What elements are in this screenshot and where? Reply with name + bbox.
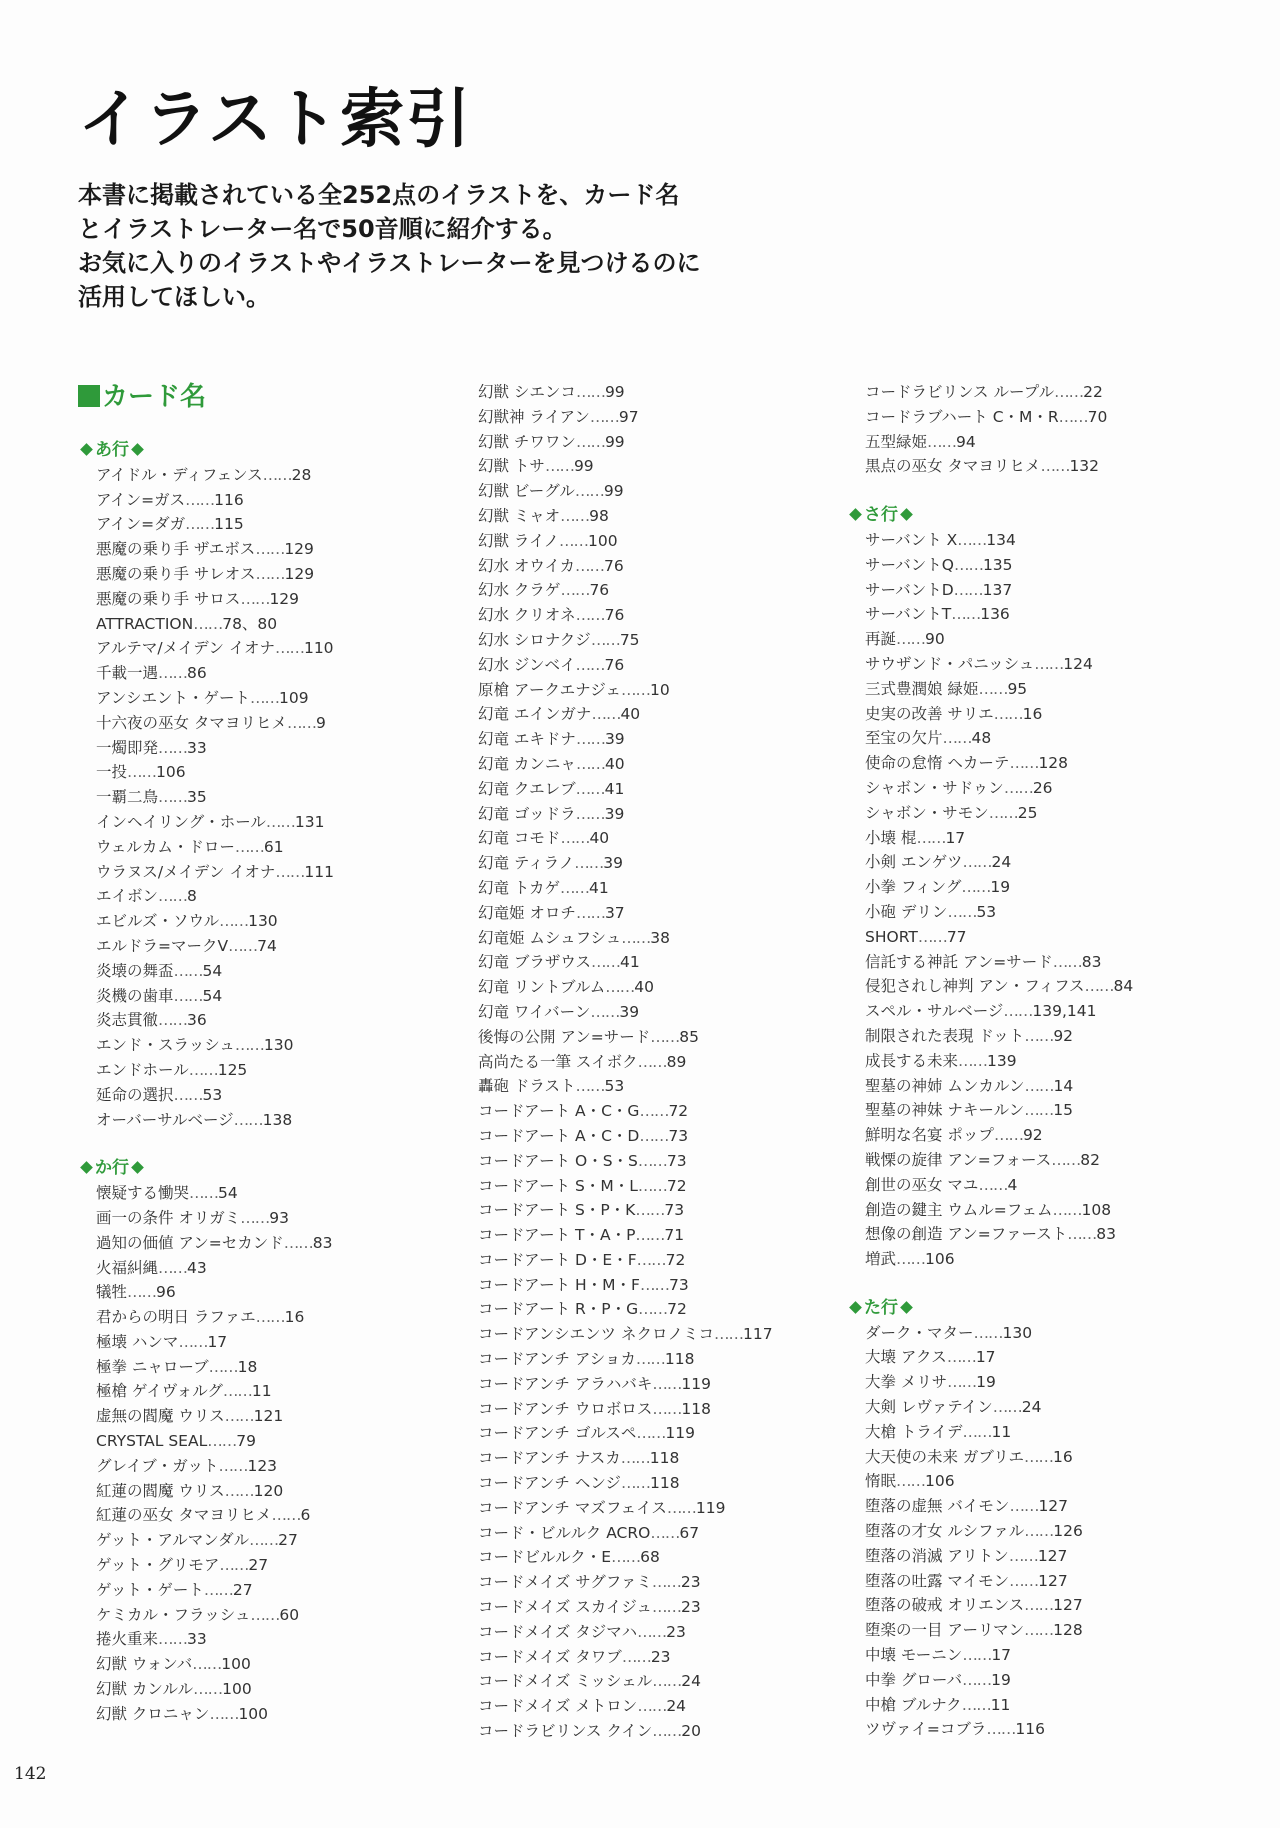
entry-card-name: 中壊 モーニン [865, 1646, 962, 1664]
index-entry: 幻獣 カンルル……100 [96, 1677, 438, 1702]
entry-card-name: コードアート S・P・K [478, 1201, 635, 1219]
dot-leader: …… [1025, 1077, 1054, 1095]
dot-leader: …… [652, 1573, 681, 1591]
entry-page-number: 53 [604, 1077, 624, 1095]
index-column-2: 幻獣 シエンコ……99幻獣神 ライアン……97幻獣 チワワン……99幻獣 トサ…… [478, 380, 838, 1768]
entry-page-number: 41 [605, 780, 625, 798]
page-number: 142 [14, 1764, 46, 1784]
entry-page-number: 16 [1053, 1448, 1073, 1466]
entry-card-name: 悪魔の乗り手 サレオス [96, 565, 255, 583]
entry-list: 幻獣 シエンコ……99幻獣神 ライアン……97幻獣 チワワン……99幻獣 トサ…… [478, 380, 838, 1744]
entry-card-name: コードアンチ ナスカ [478, 1449, 621, 1467]
dot-leader: …… [575, 557, 604, 575]
dot-leader: …… [638, 1152, 667, 1170]
index-entry: コードアート A・C・D……73 [478, 1124, 838, 1149]
dot-leader: …… [962, 1696, 991, 1714]
dot-leader: …… [192, 1655, 221, 1673]
dot-leader: …… [1067, 1225, 1096, 1243]
dot-leader: …… [621, 1474, 650, 1492]
dot-leader: …… [255, 540, 284, 558]
entry-card-name: コードメイズ ミッシェル [478, 1672, 652, 1690]
index-entry: 中壊 モーニン……17 [865, 1643, 1207, 1668]
entry-card-name: サーバントT [865, 605, 951, 623]
entry-page-number: 48 [972, 729, 992, 747]
dot-leader: …… [637, 1697, 666, 1715]
entry-page-number: 84 [1113, 977, 1133, 995]
dot-leader: …… [263, 466, 292, 484]
dot-leader: …… [207, 1432, 236, 1450]
index-entry: グレイブ・ガット……123 [96, 1454, 438, 1479]
dot-leader: …… [284, 1234, 313, 1252]
index-entry: 懐疑する慟哭……54 [96, 1181, 438, 1206]
index-entry: 火福糾縄……43 [96, 1256, 438, 1281]
index-entry: コードメイズ スカイジュ……23 [478, 1595, 838, 1620]
entry-card-name: コードアート O・S・S [478, 1152, 638, 1170]
entry-card-name: コードメイズ スカイジュ [478, 1598, 652, 1616]
group-ka-row-continued: 幻獣 シエンコ……99幻獣神 ライアン……97幻獣 チワワン……99幻獣 トサ…… [478, 380, 838, 1744]
index-entry: 炎機の歯車……54 [96, 984, 438, 1009]
index-entry: コードアンチ ウロボロス……118 [478, 1397, 838, 1422]
dot-leader: …… [1004, 779, 1033, 797]
index-entry: ツヴァイ=コブラ……116 [865, 1717, 1207, 1742]
entry-card-name: シャボン・サモン [865, 804, 989, 822]
entry-card-name: 紅蓮の閻魔 ウリス [96, 1482, 225, 1500]
index-entry: 大剣 レヴァテイン……24 [865, 1395, 1207, 1420]
dot-leader: …… [158, 1259, 187, 1277]
index-entry: 画一の条件 オリガミ……93 [96, 1206, 438, 1231]
dot-leader: …… [989, 804, 1018, 822]
index-entry: 幻竜 ゴッドラ……39 [478, 802, 838, 827]
index-entry: コードアンチ ゴルスペ……119 [478, 1421, 838, 1446]
dot-leader: …… [225, 1482, 254, 1500]
dot-leader: …… [209, 1358, 238, 1376]
entry-card-name: 信託する神託 アン=サード [865, 953, 1053, 971]
entry-card-name: 幻獣神 ライアン [478, 408, 590, 426]
entry-page-number: 14 [1054, 1077, 1074, 1095]
dot-leader: …… [185, 491, 214, 509]
entry-card-name: 幻獣 トサ [478, 457, 545, 475]
entry-card-name: 幻水 オウイカ [478, 557, 575, 575]
entry-card-name: 堕落の虚無 バイモン [865, 1497, 1009, 1515]
entry-card-name: 幻獣 クロニャン [96, 1705, 209, 1723]
entry-page-number: 128 [1053, 1621, 1083, 1639]
dot-leader: …… [185, 515, 214, 533]
entry-page-number: 23 [666, 1623, 686, 1641]
entry-page-number: 72 [666, 1251, 686, 1269]
entry-page-number: 98 [589, 507, 609, 525]
entry-page-number: 132 [1069, 457, 1099, 475]
dot-leader: …… [235, 1036, 264, 1054]
entry-card-name: 大壊 アクス [865, 1348, 947, 1366]
dot-leader: …… [1034, 655, 1063, 673]
entry-page-number: 77 [947, 928, 967, 946]
entry-page-number: 130 [264, 1036, 294, 1054]
entry-card-name: 幻竜 ティラノ [478, 854, 574, 872]
entry-card-name: 幻獣 ウォンバ [96, 1655, 192, 1673]
index-entry: コードアンシエンツ ネクロノミコ……117 [478, 1322, 838, 1347]
index-entry: 史実の改善 サリエ……16 [865, 702, 1207, 727]
entry-card-name: 大剣 レヴァテイン [865, 1398, 993, 1416]
entry-page-number: 115 [214, 515, 244, 533]
entry-card-name: 悪魔の乗り手 サロス [96, 590, 240, 608]
entry-card-name: シャボン・サドゥン [865, 779, 1004, 797]
diamond-icon [849, 508, 862, 521]
index-entry: 幻水 クリオネ……76 [478, 603, 838, 628]
dot-leader: …… [250, 1606, 279, 1624]
dot-leader: …… [560, 829, 589, 847]
dot-leader: …… [962, 1671, 991, 1689]
entry-page-number: 28 [292, 466, 312, 484]
entry-page-number: 94 [956, 433, 976, 451]
dot-leader: …… [639, 1102, 668, 1120]
dot-leader: …… [234, 1111, 263, 1129]
index-entry: 幻竜 エインガナ……40 [478, 702, 838, 727]
index-entry: シャボン・サモン……25 [865, 801, 1207, 826]
entry-page-number: 100 [221, 1655, 251, 1673]
entry-card-name: 極拳 ニャローブ [96, 1358, 209, 1376]
entry-card-name: 再誕 [865, 630, 896, 648]
entry-page-number: 136 [980, 605, 1010, 623]
entry-page-number: 100 [588, 532, 618, 550]
dot-leader: …… [962, 1423, 991, 1441]
dot-leader: …… [575, 482, 604, 500]
dot-leader: …… [896, 1472, 925, 1490]
entry-page-number: 22 [1083, 383, 1103, 401]
dot-leader: …… [1009, 1547, 1038, 1565]
dot-leader: …… [1051, 1151, 1080, 1169]
dot-leader: …… [605, 978, 634, 996]
entry-card-name: サウザンド・パニッシュ [865, 655, 1034, 673]
dot-leader: …… [652, 1672, 681, 1690]
index-entry: 幻獣 ライノ……100 [478, 529, 838, 554]
dot-leader: …… [954, 581, 983, 599]
entry-card-name: 幻獣 シエンコ [478, 383, 576, 401]
entry-card-name: 幻竜 トカゲ [478, 879, 560, 897]
entry-page-number: 97 [619, 408, 639, 426]
entry-card-name: ツヴァイ=コブラ [865, 1720, 986, 1738]
entry-page-number: 60 [279, 1606, 299, 1624]
index-entry: 幻獣 シエンコ……99 [478, 380, 838, 405]
index-entry: 幻獣 ウォンバ……100 [96, 1652, 438, 1677]
index-entry: シャボン・サドゥン……26 [865, 776, 1207, 801]
entry-card-name: 戦慄の旋律 アン=フォース [865, 1151, 1051, 1169]
index-entry: 黒点の巫女 タマヨリヒメ……132 [865, 454, 1207, 479]
index-entry: 過知の価値 アン=セカンド……83 [96, 1231, 438, 1256]
index-entry: 幻竜姫 オロチ……37 [478, 901, 838, 926]
entry-page-number: 99 [605, 433, 625, 451]
index-entry: 幻竜姫 ムシュフシュ……38 [478, 926, 838, 951]
index-entry: 一燭即発……33 [96, 736, 438, 761]
entry-card-name: アイン=ダガ [96, 515, 185, 533]
dot-leader: …… [1009, 1572, 1038, 1590]
entry-page-number: 27 [248, 1556, 268, 1574]
dot-leader: …… [590, 408, 619, 426]
dot-leader: …… [650, 1524, 679, 1542]
entry-page-number: 119 [665, 1424, 695, 1442]
group-heading-sa: さ行 [847, 503, 1207, 528]
dot-leader: …… [1024, 1448, 1053, 1466]
entry-card-name: 史実の改善 サリエ [865, 705, 994, 723]
entry-card-name: コードメイズ サグファミ [478, 1573, 652, 1591]
index-entry: コードアート S・P・K……73 [478, 1198, 838, 1223]
dot-leader: …… [927, 433, 956, 451]
entry-card-name: 火福糾縄 [96, 1259, 158, 1277]
dot-leader: …… [954, 556, 983, 574]
index-entry: 炎壊の舞盃……54 [96, 959, 438, 984]
entry-page-number: 82 [1080, 1151, 1100, 1169]
entry-page-number: 11 [991, 1696, 1011, 1714]
entry-card-name: コードラビリンス クイン [478, 1722, 652, 1740]
entry-page-number: 139 [987, 1052, 1017, 1070]
dot-leader: …… [256, 1308, 285, 1326]
index-entry: 侵犯されし神判 アン・フィフス……84 [865, 974, 1207, 999]
entry-card-name: 幻獣 カンルル [96, 1680, 193, 1698]
group-ka-row: か行 懐疑する慟哭……54画一の条件 オリガミ……93過知の価値 アン=セカンド… [78, 1156, 438, 1726]
entry-card-name: 炎壊の舞盃 [96, 962, 174, 980]
index-entry: 幻水 クラゲ……76 [478, 578, 838, 603]
dot-leader: …… [916, 829, 945, 847]
index-entry: 三式豊潤娘 緑姫……95 [865, 677, 1207, 702]
dot-leader: …… [576, 433, 605, 451]
index-entry: 幻水 ジンベイ……76 [478, 653, 838, 678]
dot-leader: …… [174, 1086, 203, 1104]
dot-leader: …… [638, 1053, 667, 1071]
entry-card-name: ゲット・アルマンダル [96, 1531, 249, 1549]
entry-card-name: 画一の条件 オリガミ [96, 1209, 240, 1227]
entry-card-name: グレイブ・ガット [96, 1457, 218, 1475]
dot-leader: …… [947, 1348, 976, 1366]
index-entry: ゲット・ゲート……27 [96, 1578, 438, 1603]
dot-leader: …… [158, 739, 187, 757]
entry-card-name: アイドル・ディフェンス [96, 466, 263, 484]
entry-page-number: 100 [238, 1705, 268, 1723]
dot-leader: …… [951, 605, 980, 623]
index-entry: 中槍 ブルナク……11 [865, 1693, 1207, 1718]
dot-leader: …… [228, 937, 257, 955]
dot-leader: …… [275, 639, 304, 657]
dot-leader: …… [918, 928, 947, 946]
group-a-row: あ行 アイドル・ディフェンス……28アイン=ガス……116アイン=ダガ……115… [78, 438, 438, 1132]
entry-card-name: 聖墓の神姉 ムンカルン [865, 1077, 1025, 1095]
entry-page-number: 138 [263, 1111, 293, 1129]
entry-card-name: コードアンチ ゴルスペ [478, 1424, 636, 1442]
entry-page-number: 26 [1033, 779, 1053, 797]
index-entry: 犠牲……96 [96, 1280, 438, 1305]
dot-leader: …… [576, 656, 605, 674]
entry-card-name: コードアンチ アラハバキ [478, 1375, 652, 1393]
group-heading-ka: か行 [78, 1156, 438, 1181]
dot-leader: …… [560, 507, 589, 525]
intro-line: お気に入りのイラストやイラストレーターを見つけるのに [78, 246, 718, 280]
entry-card-name: コードアンチ アショカ [478, 1350, 636, 1368]
entry-card-name: コードビルルク・E [478, 1548, 611, 1566]
dot-leader: …… [993, 1398, 1022, 1416]
index-entry: 高尚たる一筆 スイボク……89 [478, 1050, 838, 1075]
index-entry: コードラビリンス クイン……20 [478, 1719, 838, 1744]
entry-page-number: 53 [976, 903, 996, 921]
entry-card-name: コードアート A・C・G [478, 1102, 639, 1120]
index-entry: 大拳 メリサ……19 [865, 1370, 1207, 1395]
entry-page-number: 116 [214, 491, 244, 509]
index-column-3: コードラビリンス ループル……22コードラブハート C・M・R……70五型緑姫…… [847, 380, 1207, 1766]
entry-page-number: 116 [1015, 1720, 1045, 1738]
entry-page-number: 92 [1053, 1027, 1073, 1045]
dot-leader: …… [287, 714, 316, 732]
entry-card-name: エンド・スラッシュ [96, 1036, 235, 1054]
entry-card-name: 極槍 ゲイヴォルグ [96, 1382, 223, 1400]
dot-leader: …… [158, 887, 187, 905]
entry-page-number: 17 [976, 1348, 996, 1366]
entry-page-number: 99 [605, 383, 625, 401]
entry-page-number: 79 [236, 1432, 256, 1450]
index-entry: コードビルルク・E……68 [478, 1545, 838, 1570]
index-entry: アイドル・ディフェンス……28 [96, 463, 438, 488]
entry-card-name: 炎志貫徹 [96, 1011, 158, 1029]
dot-leader: …… [994, 705, 1023, 723]
entry-page-number: 6 [300, 1506, 310, 1524]
entry-page-number: 54 [203, 962, 223, 980]
index-entry: 小砲 デリン……53 [865, 900, 1207, 925]
diamond-icon [131, 443, 144, 456]
entry-card-name: 幻水 シロナクジ [478, 631, 591, 649]
entry-page-number: 27 [278, 1531, 298, 1549]
dot-leader: …… [158, 664, 187, 682]
diamond-icon [900, 508, 913, 521]
entry-card-name: 堕楽の一目 アーリマン [865, 1621, 1024, 1639]
index-entry: インヘイリング・ホール……131 [96, 810, 438, 835]
dot-leader: …… [896, 630, 925, 648]
entry-page-number: 137 [983, 581, 1013, 599]
group-heading-ta: た行 [847, 1296, 1207, 1321]
entry-page-number: 86 [187, 664, 207, 682]
dot-leader: …… [994, 1126, 1023, 1144]
entry-page-number: 39 [619, 1003, 639, 1021]
dot-leader: …… [621, 1449, 650, 1467]
index-entry: 聖墓の神姉 ムンカルン……14 [865, 1074, 1207, 1099]
entry-page-number: 54 [218, 1184, 238, 1202]
entry-card-name: 幻竜 カンニャ [478, 755, 576, 773]
entry-card-name: コードアート A・C・D [478, 1127, 639, 1145]
index-entry: コード・ビルルク ACRO……67 [478, 1521, 838, 1546]
index-entry: 小剣 エンゲツ……24 [865, 850, 1207, 875]
index-entry: 鮮明な名宴 ポップ……92 [865, 1123, 1207, 1148]
entry-page-number: 54 [203, 987, 223, 1005]
entry-page-number: 90 [925, 630, 945, 648]
index-entry: アイン=ダガ……115 [96, 512, 438, 537]
entry-card-name: 幻竜 コモド [478, 829, 560, 847]
entry-card-name: 幻竜姫 ムシュフシュ [478, 929, 621, 947]
entry-card-name: CRYSTAL SEAL [96, 1432, 207, 1450]
entry-card-name: 大槍 トライデ [865, 1423, 962, 1441]
dot-leader: …… [576, 755, 605, 773]
index-entry: 原槍 アークエナジェ……10 [478, 678, 838, 703]
entry-card-name: コードメイズ タジマハ [478, 1623, 637, 1641]
index-entry: コードメイズ メトロン……24 [478, 1694, 838, 1719]
index-entry: CRYSTAL SEAL……79 [96, 1429, 438, 1454]
index-entry: 幻竜 リントブルム……40 [478, 975, 838, 1000]
dot-leader: …… [947, 903, 976, 921]
dot-leader: …… [591, 631, 620, 649]
entry-card-name: 幻竜 エキドナ [478, 730, 576, 748]
index-entry: コードアート A・C・G……72 [478, 1099, 838, 1124]
entry-card-name: 三式豊潤娘 緑姫 [865, 680, 978, 698]
entry-card-name: エルドラ=マークV [96, 937, 228, 955]
index-entry: アンシエント・ゲート……109 [96, 686, 438, 711]
entry-card-name: 幻水 クラゲ [478, 581, 560, 599]
index-entry: サーバント X……134 [865, 528, 1207, 553]
dot-leader: …… [127, 1283, 156, 1301]
index-entry: エンドホール……125 [96, 1058, 438, 1083]
index-entry: SHORT……77 [865, 925, 1207, 950]
entry-page-number: 83 [313, 1234, 333, 1252]
index-entry: 幻水 オウイカ……76 [478, 554, 838, 579]
entry-card-name: 幻水 クリオネ [478, 606, 576, 624]
index-entry: サーバントT……136 [865, 602, 1207, 627]
dot-leader: …… [590, 1003, 619, 1021]
dot-leader: …… [209, 1705, 238, 1723]
entry-page-number: 111 [304, 863, 334, 881]
index-entry: 再誕……90 [865, 627, 1207, 652]
entry-card-name: 紅蓮の巫女 タマヨリヒメ [96, 1506, 271, 1524]
index-entry: 悪魔の乗り手 サレオス……129 [96, 562, 438, 587]
diamond-icon [900, 1301, 913, 1314]
index-entry: エビルズ・ソウル……130 [96, 909, 438, 934]
entry-page-number: 72 [668, 1102, 688, 1120]
entry-page-number: 110 [304, 639, 334, 657]
dot-leader: …… [576, 780, 605, 798]
entry-card-name: コードアンチ マズフェイス [478, 1499, 667, 1517]
dot-leader: …… [193, 1680, 222, 1698]
index-entry: コードアート T・A・P……71 [478, 1223, 838, 1248]
entry-card-name: 幻竜 リントブルム [478, 978, 605, 996]
dot-leader: …… [650, 1028, 679, 1046]
entry-page-number: 119 [696, 1499, 726, 1517]
dot-leader: …… [958, 1052, 987, 1070]
entry-page-number: 15 [1053, 1101, 1073, 1119]
entry-page-number: 126 [1053, 1522, 1083, 1540]
diamond-icon [849, 1301, 862, 1314]
dot-leader: …… [576, 805, 605, 823]
entry-card-name: 使命の怠惰 ヘカーテ [865, 754, 1009, 772]
diamond-icon [80, 443, 93, 456]
entry-page-number: 109 [279, 689, 309, 707]
dot-leader: …… [638, 1300, 667, 1318]
dot-leader: …… [667, 1499, 696, 1517]
index-entry: 一覇二鳥……35 [96, 785, 438, 810]
index-entry: 創造の鍵主 ウムル=フェム……108 [865, 1198, 1207, 1223]
entry-card-name: ケミカル・フラッシュ [96, 1606, 250, 1624]
index-entry: コードラビリンス ループル……22 [865, 380, 1207, 405]
index-entry: 幻竜 ワイバーン……39 [478, 1000, 838, 1025]
dot-leader: …… [219, 1556, 248, 1574]
entry-page-number: 75 [620, 631, 640, 649]
entry-page-number: 67 [679, 1524, 699, 1542]
dot-leader: …… [636, 1424, 665, 1442]
dot-leader: …… [635, 1226, 664, 1244]
entry-card-name: 幻獣 ライノ [478, 532, 559, 550]
index-entry: 幻獣 チワワン……99 [478, 430, 838, 455]
dot-leader: …… [978, 680, 1007, 698]
entry-page-number: 24 [681, 1672, 701, 1690]
index-entry: コードアンチ ヘンジ……118 [478, 1471, 838, 1496]
entry-card-name: 高尚たる一筆 スイボク [478, 1053, 638, 1071]
index-entry: ダーク・マター……130 [865, 1321, 1207, 1346]
index-entry: 創世の巫女 マユ……4 [865, 1173, 1207, 1198]
entry-card-name: 創造の鍵主 ウムル=フェム [865, 1201, 1053, 1219]
intro-line: 活用してほしい。 [78, 280, 718, 314]
dot-leader: …… [591, 705, 620, 723]
entry-page-number: 118 [681, 1400, 711, 1418]
